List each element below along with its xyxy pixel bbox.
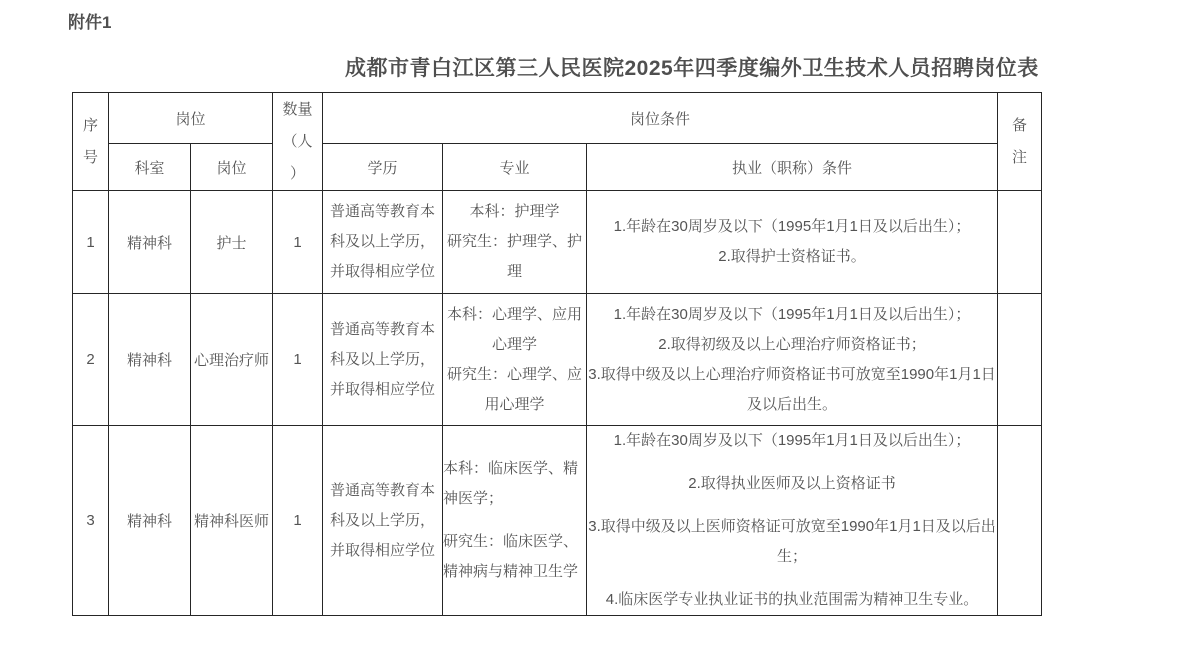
cell-seq: 1	[73, 191, 109, 294]
cell-practice-conditions: 1.年龄在30周岁及以下（1995年1月1日及以后出生）；2.取得护士资格证书。	[587, 191, 998, 294]
table-row: 1 精神科 护士 1 普通高等教育本科及以上学历，并取得相应学位 本科：护理学研…	[73, 191, 1042, 294]
cell-education: 普通高等教育本科及以上学历，并取得相应学位	[323, 426, 443, 616]
page-title: 成都市青白江区第三人民医院2025年四季度编外卫生技术人员招聘岗位表	[345, 52, 1039, 82]
header-seq: 序 号	[73, 93, 109, 191]
cell-major: 本科：护理学研究生：护理学、护理	[443, 191, 587, 294]
cell-post: 护士	[191, 191, 273, 294]
cell-quantity: 1	[273, 294, 323, 426]
table-row: 3 精神科 精神科医师 1 普通高等教育本科及以上学历，并取得相应学位 本科：临…	[73, 426, 1042, 616]
cell-practice-conditions: 1.年龄在30周岁及以下（1995年1月1日及以后出生）；2.取得初级及以上心理…	[587, 294, 998, 426]
cell-post: 精神科医师	[191, 426, 273, 616]
cell-education: 普通高等教育本科及以上学历，并取得相应学位	[323, 191, 443, 294]
document-page: 附件1 成都市青白江区第三人民医院2025年四季度编外卫生技术人员招聘岗位表 序…	[0, 0, 1188, 671]
header-remarks: 备 注	[998, 93, 1042, 191]
cell-seq: 3	[73, 426, 109, 616]
cell-quantity: 1	[273, 426, 323, 616]
header-major: 专业	[443, 144, 587, 191]
header-dept: 科室	[109, 144, 191, 191]
cell-remarks	[998, 294, 1042, 426]
header-education: 学历	[323, 144, 443, 191]
cell-dept: 精神科	[109, 294, 191, 426]
header-quantity: 数量 （人 ）	[273, 93, 323, 191]
header-conditions-group: 岗位条件	[323, 93, 998, 144]
header-post-group: 岗位	[109, 93, 273, 144]
recruitment-table: 序 号 岗位 数量 （人 ） 岗位条件 备 注 科室 岗位 学历 专业 执业（职…	[72, 92, 1042, 616]
header-post: 岗位	[191, 144, 273, 191]
cell-education: 普通高等教育本科及以上学历，并取得相应学位	[323, 294, 443, 426]
header-practice: 执业（职称）条件	[587, 144, 998, 191]
cell-dept: 精神科	[109, 426, 191, 616]
cell-dept: 精神科	[109, 191, 191, 294]
cell-seq: 2	[73, 294, 109, 426]
cell-practice-conditions: 1.年龄在30周岁及以下（1995年1月1日及以后出生）；2.取得执业医师及以上…	[587, 426, 998, 616]
attachment-label: 附件1	[68, 8, 111, 33]
cell-major: 本科：临床医学、精神医学；研究生：临床医学、精神病与精神卫生学	[443, 426, 587, 616]
cell-major: 本科：心理学、应用心理学研究生：心理学、应用心理学	[443, 294, 587, 426]
cell-post: 心理治疗师	[191, 294, 273, 426]
cell-remarks	[998, 426, 1042, 616]
table-row: 2 精神科 心理治疗师 1 普通高等教育本科及以上学历，并取得相应学位 本科：心…	[73, 294, 1042, 426]
cell-quantity: 1	[273, 191, 323, 294]
cell-remarks	[998, 191, 1042, 294]
